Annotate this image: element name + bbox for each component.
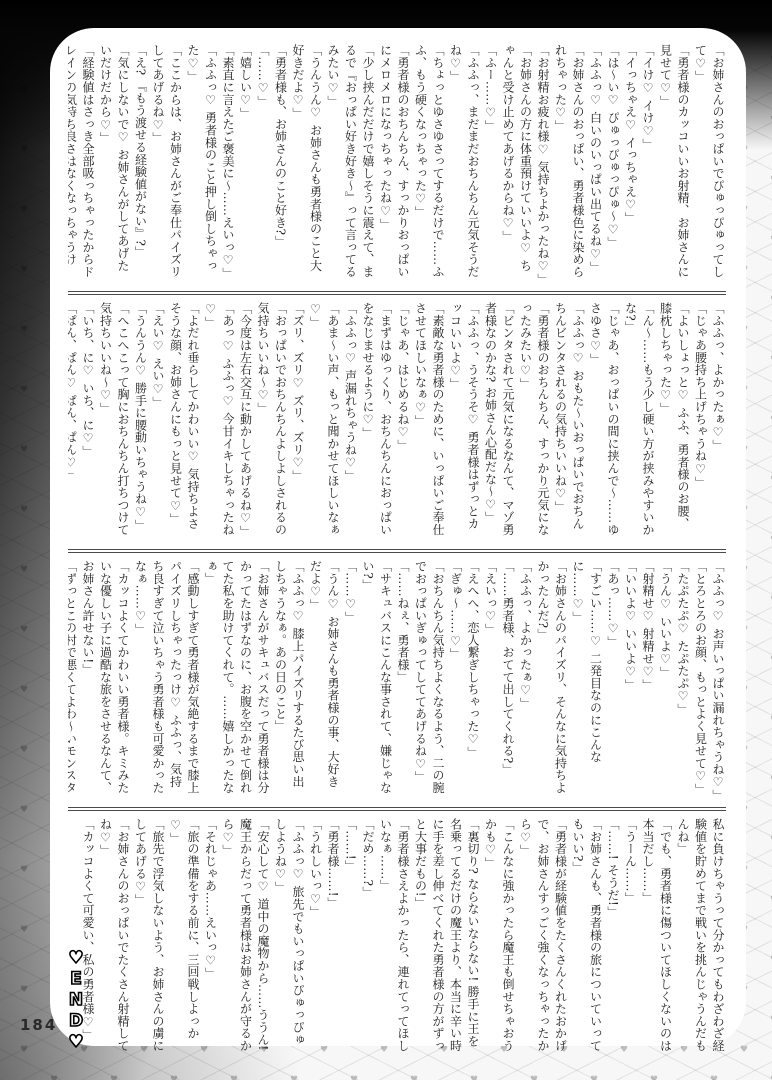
text-column: 「たぷたぷ♡ たぷたぷ♡」 — [674, 560, 692, 796]
heart-pattern-icon: ♥ — [20, 866, 28, 875]
text-section-2: 「ふふっ、よかったぁ♡」「じゃあ腰持ち上げちゃうね♡」「よいしょっと♡ ふふ、勇… — [68, 302, 726, 543]
text-column: 「サキュバスにこんな事されて、嫌じゃない?」 — [359, 560, 394, 796]
text-column: 「お姉さんのおっぱいでぴゅっぴゅってして♡」 — [691, 44, 726, 280]
heart-pattern-icon: ♥ — [110, 1076, 118, 1080]
heart-pattern-icon: ♥ — [20, 266, 28, 275]
text-column: 「おっぱいでおちんちんよしよしされるの気持ちいいね〜♡」 — [254, 302, 289, 538]
text-column: 「ふふっ、うそうそ♡ 勇者様はずっとカッコいいよ♡」 — [446, 302, 481, 538]
text-column: 「勇者様……!」 — [324, 818, 342, 1054]
heart-pattern-icon: ♥ — [230, 0, 238, 5]
heart-pattern-icon: ♥ — [710, 1076, 718, 1080]
text-column: 「……ねぇ、勇者様」 — [394, 560, 412, 796]
text-column: 「旅の準備をする前に、三回戦しよっか♡」 — [166, 818, 201, 1054]
text-column: 「ふふっ♡ 旅先でもいっぱいぴゅっぴゅしようね♡」 — [271, 818, 306, 1054]
heart-pattern-icon: ♥ — [20, 686, 28, 695]
section-divider — [68, 807, 726, 811]
heart-pattern-icon: ♥ — [170, 0, 178, 5]
heart-pattern-icon: ♥ — [20, 926, 28, 935]
heart-pattern-icon: ♥ — [20, 626, 28, 635]
heart-pattern-icon: ♥ — [110, 0, 118, 5]
heart-pattern-icon: ♥ — [20, 206, 28, 215]
text-section-1: 「お姉さんのおっぱいでぴゅっぴゅってして♡」「勇者様のカッコいいお射精、お姉さん… — [68, 44, 726, 285]
text-column: 「お姉さんの方に体重預けていいよ♡ ちゃんと受け止めてあげるからね♡」 — [499, 44, 534, 280]
text-column: 「ふふっ、よかったぁ♡」 — [516, 560, 534, 796]
heart-pattern-icon: ♥ — [350, 1076, 358, 1080]
text-column: 「ズリ、ズリ♡ ズリ、ズリ♡」 — [289, 302, 307, 538]
text-column: 「うんうん♡ 勝手に腰動いちゃうね♡」 — [131, 302, 149, 538]
text-column: 「えい♡ えい♡」 — [149, 302, 167, 538]
text-column: 「ビンタされて元気になるなんて、マゾ勇者様なのかな? お姉さん心配だな〜♡」 — [481, 302, 516, 538]
heart-pattern-icon: ♥ — [20, 326, 28, 335]
text-panel: 「お姉さんのおっぱいでぴゅっぴゅってして♡」「勇者様のカッコいいお射精、お姉さん… — [50, 28, 746, 1046]
heart-pattern-icon: ♥ — [50, 0, 58, 5]
text-column: 「ふふっ♡ 白いのいっぱい出てるね♡」 — [586, 44, 604, 280]
heart-pattern-icon: ♥ — [470, 1076, 478, 1080]
text-column: 「……勇者様、おてて出してくれる?」 — [499, 560, 517, 796]
text-column: 「すごい……♡ 二発目なのにこんなに……♡」 — [569, 560, 604, 796]
text-column: 「……! そうだ!」 — [604, 818, 622, 1054]
text-column: 「旅先で浮気しないよう、お姉さんの虜にしてあげる♡」 — [131, 818, 166, 1054]
text-column: 「おちんちん気持ちよくなるよう、二の腕でおっぱいぎゅってしててあげるね♡」 — [411, 560, 446, 796]
text-column: 「ちょっとゆさゆさってするだけで……ふふ、もう硬くなっちゃった♡」 — [411, 44, 446, 280]
heart-pattern-icon: ♥ — [650, 1076, 658, 1080]
heart-pattern-icon: ♥ — [470, 0, 478, 5]
text-column: 「じゃあ腰持ち上げちゃうね♡」 — [691, 302, 709, 538]
text-column: 「あっ♡ ふふっ♡ 今甘イキしちゃったね♡」 — [201, 302, 236, 538]
text-column: 「じゃあ、はじめるね♡」 — [394, 302, 412, 538]
heart-pattern-icon: ♥ — [530, 1076, 538, 1080]
text-column: 「うん♡ お姉さんも勇者様の事、大好きだよ♡」 — [306, 560, 341, 796]
heart-pattern-icon: ♥ — [650, 0, 658, 5]
text-column: 「イっちゃえ♡ イっちゃえ♡」 — [621, 44, 639, 280]
text-column: 「え? 『もう渡せる経験値がない』?」 — [131, 44, 149, 280]
heart-pattern-icon: ♥ — [20, 746, 28, 755]
text-column: 「ふー……♡」 — [481, 44, 499, 280]
heart-pattern-icon: ♥ — [20, 386, 28, 395]
text-column: 「ふふっ、まだまだおちんちん元気そうだね♡」 — [446, 44, 481, 280]
text-column: 「じゃあ、おっぱいの間に挟んで〜……ゆさゆさ♡」 — [586, 302, 621, 538]
text-column: 「裏切り? ならないならない! 勝手に王を名乗ってるだけの魔王より、本当に辛い時… — [411, 818, 481, 1054]
heart-pattern-icon: ♥ — [590, 0, 598, 5]
heart-pattern-icon: ♥ — [20, 806, 28, 815]
text-column: 「勇者様のおちんちん、すっかり元気になったみたい♡」 — [516, 302, 551, 538]
text-column: 「いち、に♡ いち、に♡」 — [79, 302, 97, 538]
heart-pattern-icon: ♥ — [50, 1076, 58, 1080]
text-column: 「気にしないで♡ お姉さんがしてあげたいだけだから♡」 — [96, 44, 131, 280]
text-column: 「それじゃあ……えいっ♡」 — [201, 818, 219, 1054]
heart-pattern-icon: ♥ — [20, 986, 28, 995]
text-column: 「だめ……?」 — [359, 818, 377, 1054]
text-column: 「ふふっ♡ 勇者様のこと押し倒しちゃった♡」 — [184, 44, 219, 280]
text-section-3: 「ふふっ♡ お声いっぱい漏れちゃうね♡」「とろとろのお顔、もっとよく見せて♡」「… — [68, 560, 726, 801]
text-column: 「えいっ♡」 — [481, 560, 499, 796]
heart-pattern-icon: ♥ — [230, 1076, 238, 1080]
text-column: 「勇者様も、お姉さんのこと好き?」 — [271, 44, 289, 280]
text-column: 「お姉さんのおっぱいでたくさん射精してね♡」 — [96, 818, 131, 1054]
heart-pattern-icon: ♥ — [20, 26, 28, 35]
heart-pattern-icon: ♥ — [20, 506, 28, 515]
heart-pattern-icon: ♥ — [290, 1076, 298, 1080]
heart-pattern-icon: ♥ — [20, 1046, 28, 1055]
text-column: 私に負けちゃうって分かってもわざわざ経験値を貯めてまで戦いを挑んじゃうんだもんね… — [674, 818, 727, 1054]
text-column: 「ふふっ♡ お声いっぱい漏れちゃうね♡」 — [709, 560, 727, 796]
page-number: 184 — [20, 1016, 57, 1034]
text-column: 「お姉さんのパイズリ、そんなに気持ちよかったんだ?」 — [534, 560, 569, 796]
text-column: 「今度は左右交互に動かしてあげるね♡」 — [236, 302, 254, 538]
text-column: 「ぱん、ぱん♡ ぱん、ぱん♡」 — [68, 302, 79, 538]
text-column: 「でも、勇者様に傷ついてほしくないのは本当だし……」 — [639, 818, 674, 1054]
heart-pattern-icon: ♥ — [530, 0, 538, 5]
heart-pattern-icon: ♥ — [170, 1076, 178, 1080]
text-column: 「お姉さんがサキュバスだって勇者様は分かってたはずなのに、お腹を空かせて倒れてた… — [201, 560, 271, 796]
text-column: 「あっ……♡」 — [604, 560, 622, 796]
text-column: 「……!」 — [341, 818, 359, 1054]
heart-pattern-icon: ♥ — [410, 0, 418, 5]
text-column: 「いいよ♡ いいよ♡」 — [621, 560, 639, 796]
text-column: 「射精せ♡ 射精せ♡」 — [639, 560, 657, 796]
text-column: 「嬉しい♡」 — [236, 44, 254, 280]
text-column: 「えへへ、恋人繋ぎしちゃった♡」 — [464, 560, 482, 796]
heart-pattern-icon: ♥ — [740, 1046, 748, 1055]
text-column: 「カッコよくてかわいい勇者様。キミみたいな優しい子に過酷な旅をさせるなんて、お姉… — [79, 560, 132, 796]
heart-pattern-icon: ♥ — [20, 566, 28, 575]
heart-pattern-icon: ♥ — [410, 1076, 418, 1080]
text-column: 「うん♡ いいよ♡」 — [656, 560, 674, 796]
text-column: 「よいしょっと♡ ふふ、勇者様のお腰、膝枕しちゃった♡」 — [656, 302, 691, 538]
text-column: 「勇者様さえよかったら、連れてってほしいなぁ……」 — [376, 818, 411, 1054]
text-column: 「うれしいっ♡」 — [306, 818, 324, 1054]
text-column: 「……♡」 — [341, 560, 359, 796]
text-column: 「うんうん♡ お姉さんも勇者様のこと大好きだよ♡」 — [289, 44, 324, 280]
text-column: 「勇者様のカッコいいお射精、お姉さんに見せて♡」 — [656, 44, 691, 280]
text-column: 「まずはゆっくり、おちんちんにおっぱいをなじませるように♡」 — [359, 302, 394, 538]
text-column: 「あま〜い声、もっと聞かせてほしいなぁ♡」 — [306, 302, 341, 538]
text-column: 「へこへこって胸におちんちん打ちつけて気持ちいいね〜♡」 — [96, 302, 131, 538]
section-divider — [68, 291, 726, 295]
text-column: 「は〜い♡ ぴゅっぴゅっぴゅ〜♡」 — [604, 44, 622, 280]
text-column: 「……♡」 — [254, 44, 272, 280]
heart-pattern-icon: ♥ — [20, 446, 28, 455]
text-column: 「安心して♡ 道中の魔物から……ううん! 魔王からだって勇者様はお姉さんが守るか… — [219, 818, 272, 1054]
text-column: 「こんなに強かったら魔王も倒せちゃおうかも♡」 — [481, 818, 516, 1054]
book-page: ♥♥♥♥♥♥♥♥♥♥♥♥♥♥♥♥♥♥♥♥♥♥♥♥♥♥♥♥♥♥♥♥♥♥♥♥♥♥♥♥… — [0, 0, 772, 1080]
heart-pattern-icon: ♥ — [20, 86, 28, 95]
text-column: 「ふふっ♡ 膝上パイズリするたび思い出しちゃうなぁ。あの日のこと」 — [271, 560, 306, 796]
section-divider — [68, 549, 726, 553]
text-column: 「経験値はさっき全部吸っちゃったからドレインの気持ち良さはなくなっちゃうけど、さ… — [68, 44, 96, 280]
text-column: 「よだれ垂らしてかわいい♡ 気持ちよさそうな顔、お姉さんにもっと見せて♡」 — [166, 302, 201, 538]
text-column: 「素直に言えたご褒美に〜……えいっ♡」 — [219, 44, 237, 280]
heart-pattern-icon: ♥ — [20, 146, 28, 155]
end-marker: ♥END♥ — [66, 948, 86, 1048]
text-column: 「お射精お疲れ様♡ 気持ちよかったね♡」 — [534, 44, 552, 280]
heart-pattern-icon: ♥ — [710, 0, 718, 5]
heart-pattern-icon: ♥ — [350, 0, 358, 5]
text-column: 「お姉さんも、勇者様の旅についていってもいい?」 — [569, 818, 604, 1054]
text-column: 「ふふっ♡ おもた〜いおっぱいでおちんちんビンタされるの気持ちいいね♡」 — [551, 302, 586, 538]
heart-pattern-icon: ♥ — [290, 0, 298, 5]
text-column: 「ふふっ、よかったぁ♡」 — [709, 302, 727, 538]
text-column: 「イけ♡ イけ♡」 — [639, 44, 657, 280]
text-column: 「感動しすぎて勇者様が気絶するまで膝上パイズリしちゃったっけ♡ ふふっ、気持ち良… — [131, 560, 201, 796]
text-column: 「ふふっ♡ 声漏れちゃうね♡」 — [341, 302, 359, 538]
heart-pattern-icon: ♥ — [590, 1076, 598, 1080]
text-column: 「ぎゅ〜……♡」 — [446, 560, 464, 796]
text-column: 「勇者様のおちんちん、すっかりおっぱいにメロメロになっちゃったね♡」 — [376, 44, 411, 280]
text-column: 「ここからは、お姉さんがご奉仕パイズリしてあげるね♡」 — [149, 44, 184, 280]
text-column: 「少し挟んだだけで嬉しそうに震えて、まるで『おっぱい好き好き〜』って言ってるみた… — [324, 44, 377, 280]
text-column: 「勇者様が経験値をたくさんくれたおかげで、お姉さんすっごく強くなっちゃったから♡… — [516, 818, 569, 1054]
heart-pattern-icon: ♥ — [740, 26, 748, 35]
text-section-4: 私に負けちゃうって分かってもわざわざ経験値を貯めてまで戦いを挑んじゃうんだもんね… — [68, 818, 726, 1059]
text-column: 「お姉さんのおっぱい、勇者様色に染められちゃった♡」 — [551, 44, 586, 280]
text-column: 「ずっとこの村で悪くてよわ〜いモンスターと戦って、私にパイズリぴゅっぴゅしながら… — [68, 560, 79, 796]
text-column: 「ん〜……もう少し硬い方が挟みやすいかな?」 — [621, 302, 656, 538]
text-column: 「うーん……」 — [621, 818, 639, 1054]
text-column: 「とろとろのお顔、もっとよく見せて♡」 — [691, 560, 709, 796]
text-column: 「素敵な勇者様のために、いっぱいご奉仕させてほしいなぁ♡」 — [411, 302, 446, 538]
